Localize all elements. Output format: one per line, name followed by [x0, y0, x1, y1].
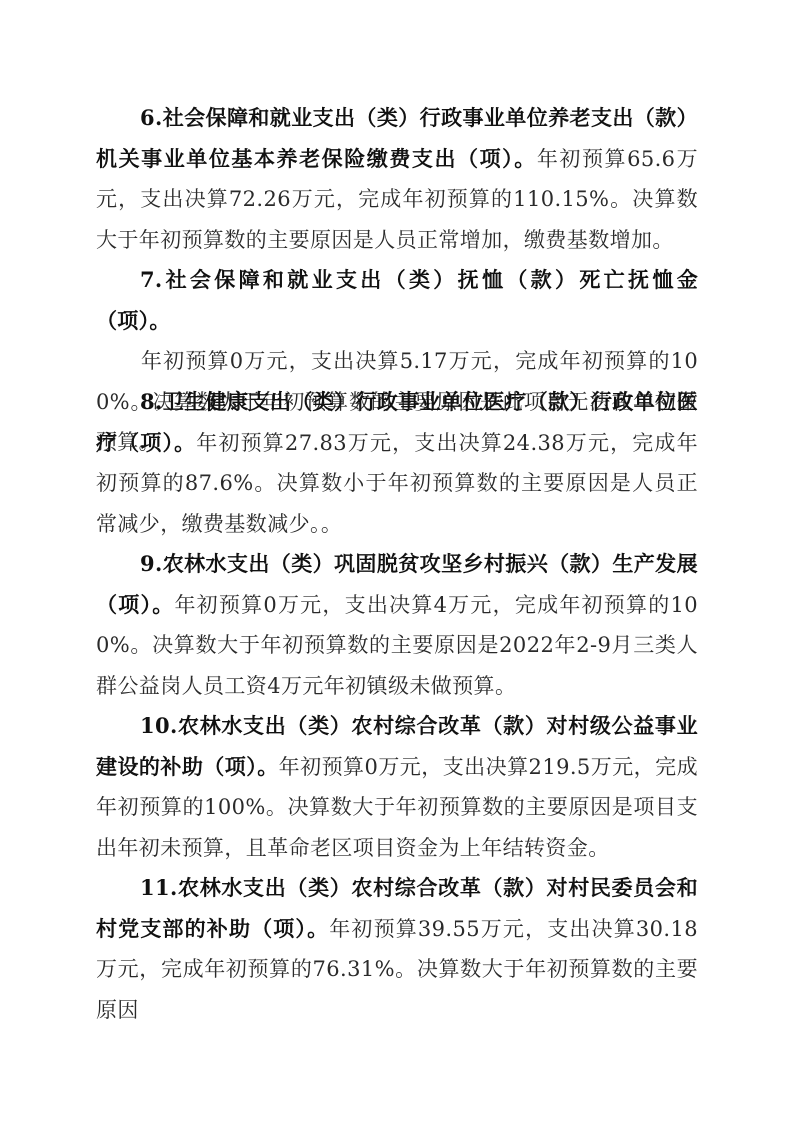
- paragraph-11: 11.农林水支出（类）农村综合改革（款）对村民委员会和村党支部的补助（项）。年初…: [96, 868, 698, 1030]
- paragraph-item-6: 6.社会保障和就业支出（类）行政事业单位养老支出（款）机关事业单位基本养老保险缴…: [96, 98, 698, 260]
- paragraph-item-11: 11.农林水支出（类）农村综合改革（款）对村民委员会和村党支部的补助（项）。年初…: [96, 868, 698, 1030]
- paragraph-item-8: 8.卫生健康支出（类）行政事业单位医疗（款）行政单位医疗（项）。年初预算27.8…: [96, 382, 698, 544]
- paragraph-heading: 7.社会保障和就业支出（类）抚恤（款）死亡抚恤金（项）。: [96, 267, 698, 333]
- paragraph-8: 8.卫生健康支出（类）行政事业单位医疗（款）行政单位医疗（项）。年初预算27.8…: [96, 382, 698, 544]
- paragraph-6: 6.社会保障和就业支出（类）行政事业单位养老支出（款）机关事业单位基本养老保险缴…: [96, 98, 698, 260]
- paragraph-item-10: 10.农林水支出（类）农村综合改革（款）对村级公益事业建设的补助（项）。年初预算…: [96, 706, 698, 868]
- paragraph-body: 年初预算0万元，支出决算4万元，完成年初预算的100%。决算数大于年初预算数的主…: [96, 593, 698, 698]
- paragraph-item-9: 9.农林水支出（类）巩固脱贫攻坚乡村振兴（款）生产发展（项）。年初预算0万元，支…: [96, 544, 698, 706]
- paragraph-10: 10.农林水支出（类）农村综合改革（款）对村级公益事业建设的补助（项）。年初预算…: [96, 706, 698, 868]
- paragraph-9: 9.农林水支出（类）巩固脱贫攻坚乡村振兴（款）生产发展（项）。年初预算0万元，支…: [96, 544, 698, 706]
